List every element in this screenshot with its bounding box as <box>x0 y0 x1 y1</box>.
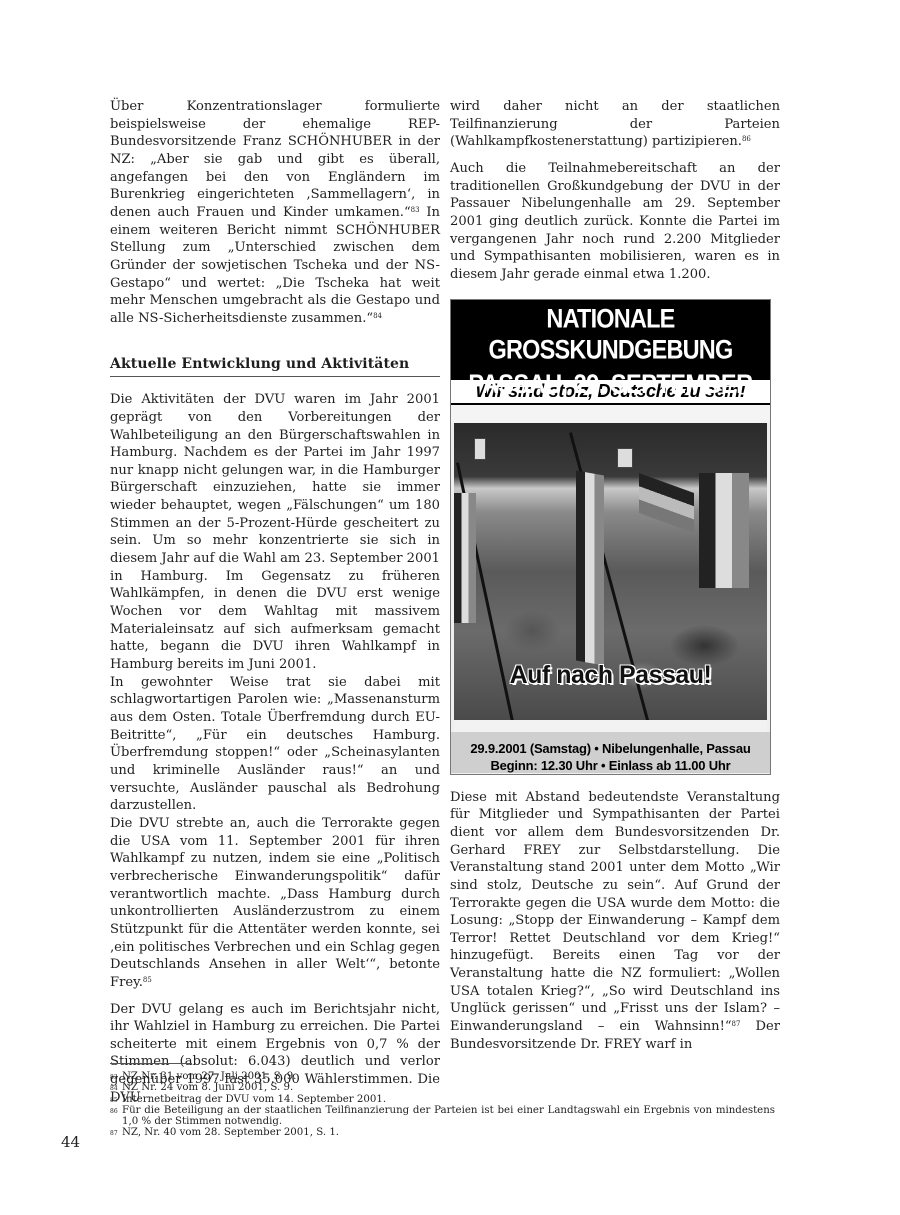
crowd-photo: Auf nach Passau! <box>454 423 767 720</box>
poster-header: NATIONALE GROSSKUNDGEBUNG PASSAU, 29. SE… <box>451 300 770 380</box>
paragraph-event: Diese mit Abstand bedeutendste Veranstal… <box>450 789 780 1054</box>
left-column: Über Konzentrationslager formulierte bei… <box>110 98 440 1106</box>
poster-slogan: Auf nach Passau! <box>454 661 767 690</box>
poster-title: NATIONALE GROSSKUNDGEBUNG <box>451 295 770 365</box>
paragraph-slogans: In gewohnter Weise trat sie dabei mit sc… <box>110 674 440 815</box>
paragraph-terror: Die DVU strebte an, auch die Terrorakte … <box>110 815 440 992</box>
page-number: 44 <box>61 1133 80 1151</box>
footnote-ref[interactable]: 83 <box>411 206 420 214</box>
poster-location: 29.9.2001 (Samstag) • Nibelungenhalle, P… <box>451 740 770 757</box>
footnote-ref[interactable]: 85 <box>143 976 152 984</box>
section-heading: Aktuelle Entwicklung und Aktivitäten <box>110 356 440 378</box>
paragraph-rally: Auch die Teilnahmebereitschaft an der tr… <box>450 160 780 284</box>
footnotes: 83NZ Nr. 31 vom 27. Juli 2001, S. 9. 84N… <box>110 1071 775 1139</box>
footnote-84: 84NZ Nr. 24 vom 8. Juni 2001, S. 9. <box>110 1082 775 1093</box>
flag-icon <box>454 493 476 623</box>
footnote-83: 83NZ Nr. 31 vom 27. Juli 2001, S. 9. <box>110 1071 775 1082</box>
paragraph-schoenhuber: Über Konzentrationslager formulierte bei… <box>110 98 440 328</box>
rally-poster-image: NATIONALE GROSSKUNDGEBUNG PASSAU, 29. SE… <box>450 299 771 775</box>
footnote-85: 85Internetbeitrag der DVU vom 14. Septem… <box>110 1094 775 1105</box>
paragraph-activities: Die Aktivitäten der DVU waren im Jahr 20… <box>110 391 440 674</box>
flag-icon <box>576 471 604 666</box>
paragraph-financing: wird daher nicht an der staatlichen Teil… <box>450 98 780 151</box>
footnote-ref[interactable]: 84 <box>373 312 382 320</box>
banner-icon <box>474 438 486 460</box>
footnote-86: 86Für die Beteiligung an der staatlichen… <box>110 1105 775 1128</box>
poster-times: Beginn: 12.30 Uhr • Einlass ab 11.00 Uhr <box>451 757 770 774</box>
footnote-ref[interactable]: 86 <box>742 135 751 143</box>
footnote-divider <box>110 1063 192 1064</box>
poster-event-info: 29.9.2001 (Samstag) • Nibelungenhalle, P… <box>451 732 770 773</box>
footnote-ref[interactable]: 87 <box>732 1020 741 1028</box>
flag-icon <box>639 473 694 533</box>
poster-date-line: PASSAU, 29. SEPTEMBER <box>451 358 770 399</box>
flag-icon <box>699 473 749 588</box>
banner-icon <box>617 448 633 468</box>
footnote-87: 87NZ, Nr. 40 vom 28. September 2001, S. … <box>110 1127 775 1138</box>
